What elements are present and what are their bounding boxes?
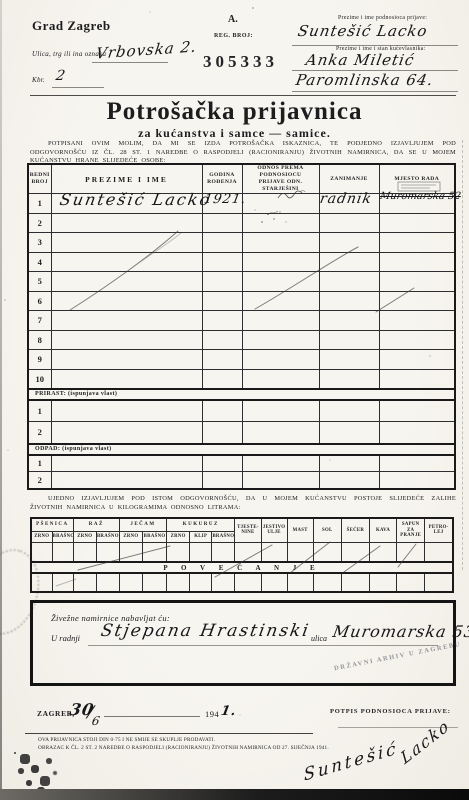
scanned-form-page: Grad Zagreb Ulica, trg ili ina oznaka Vr… xyxy=(0,0,469,800)
pen-strikes-overlay xyxy=(0,0,469,800)
